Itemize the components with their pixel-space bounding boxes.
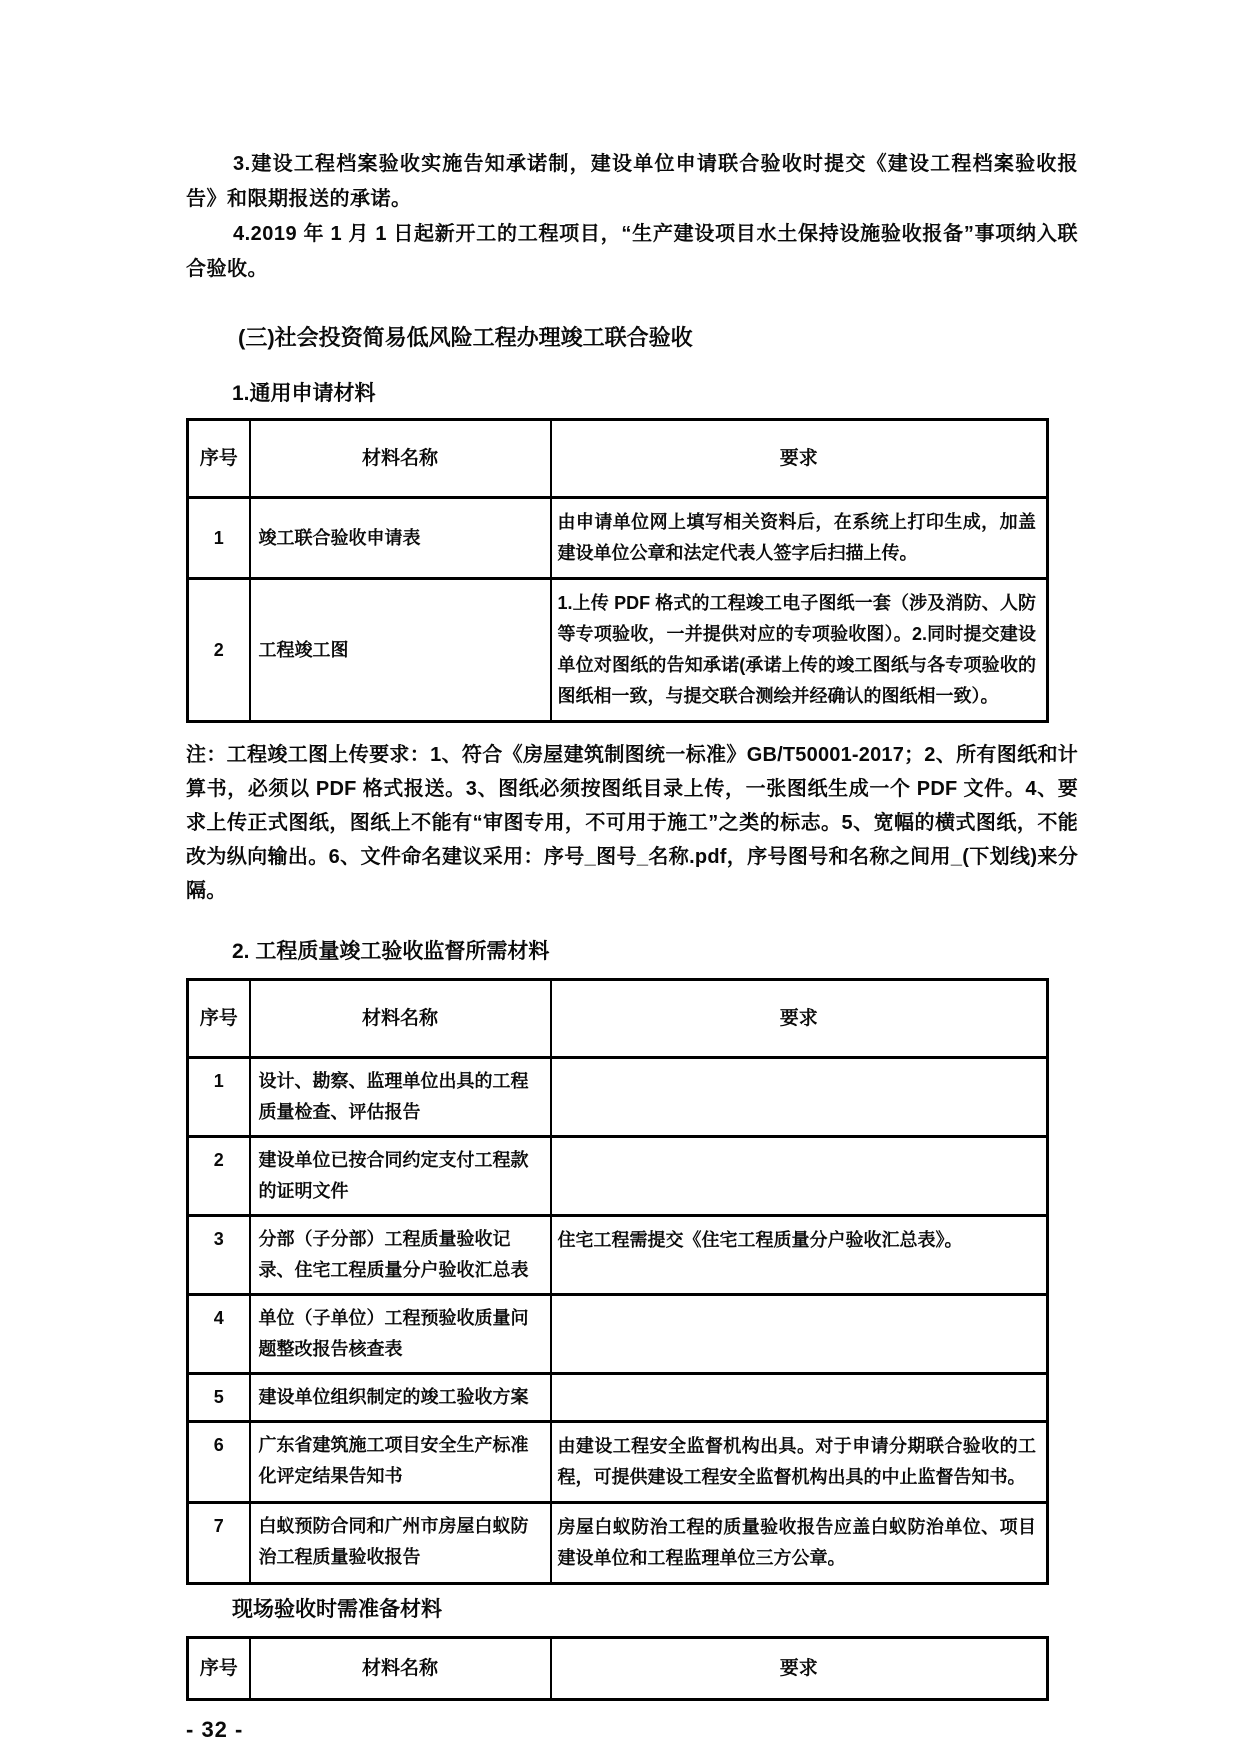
table-row: 2 建设单位已按合同约定支付工程款的证明文件 xyxy=(188,1137,1048,1216)
col-header-no: 序号 xyxy=(188,980,250,1058)
cell-name: 建设单位已按合同约定支付工程款的证明文件 xyxy=(250,1137,551,1216)
col-header-no: 序号 xyxy=(188,420,250,498)
cell-req xyxy=(551,1374,1048,1422)
table-row: 1 竣工联合验收申请表 由申请单位网上填写相关资料后，在系统上打印生成，加盖建设… xyxy=(188,498,1048,579)
cell-name: 分部（子分部）工程质量验收记录、住宅工程质量分户验收汇总表 xyxy=(250,1216,551,1295)
cell-no: 2 xyxy=(188,1137,250,1216)
subsection-title-quality-materials: 2. 工程质量竣工验收监督所需材料 xyxy=(232,937,1240,966)
subsection-title-general-materials: 1.通用申请材料 xyxy=(232,379,1240,408)
cell-name: 竣工联合验收申请表 xyxy=(250,498,551,579)
document-page: 3.建设工程档案验收实施告知承诺制，建设单位申请联合验收时提交《建设工程档案验收… xyxy=(0,0,1240,1754)
cell-no: 1 xyxy=(188,498,250,579)
cell-no: 1 xyxy=(188,1058,250,1137)
section-heading: (三)社会投资简易低风险工程办理竣工联合验收 xyxy=(238,323,1240,353)
col-header-name: 材料名称 xyxy=(250,1638,551,1700)
table-row: 2 工程竣工图 1.上传 PDF 格式的工程竣工电子图纸一套（涉及消防、人防等专… xyxy=(188,579,1048,722)
cell-no: 4 xyxy=(188,1295,250,1374)
cell-name: 设计、勘察、监理单位出具的工程质量检查、评估报告 xyxy=(250,1058,551,1137)
general-materials-table: 序号 材料名称 要求 1 竣工联合验收申请表 由申请单位网上填写相关资料后，在系… xyxy=(186,418,1049,723)
cell-req: 由建设工程安全监督机构出具。对于申请分期联合验收的工程，可提供建设工程安全监督机… xyxy=(551,1422,1048,1503)
cell-req: 由申请单位网上填写相关资料后，在系统上打印生成，加盖建设单位公章和法定代表人签字… xyxy=(551,498,1048,579)
col-header-req: 要求 xyxy=(551,1638,1048,1700)
cell-no: 7 xyxy=(188,1503,250,1584)
cell-name: 工程竣工图 xyxy=(250,579,551,722)
cell-name: 白蚁预防合同和广州市房屋白蚁防治工程质量验收报告 xyxy=(250,1503,551,1584)
cell-req xyxy=(551,1058,1048,1137)
paragraph-4: 4.2019 年 1 月 1 日起新开工的工程项目，“生产建设项目水土保持设施验… xyxy=(186,217,1078,287)
cell-req: 1.上传 PDF 格式的工程竣工电子图纸一套（涉及消防、人防等专项验收，一并提供… xyxy=(551,579,1048,722)
col-header-no: 序号 xyxy=(188,1638,250,1700)
subsection-title-onsite-materials: 现场验收时需准备材料 xyxy=(232,1595,1240,1624)
cell-req xyxy=(551,1295,1048,1374)
cell-no: 3 xyxy=(188,1216,250,1295)
paragraph-3: 3.建设工程档案验收实施告知承诺制，建设单位申请联合验收时提交《建设工程档案验收… xyxy=(186,147,1078,217)
table-row: 1 设计、勘察、监理单位出具的工程质量检查、评估报告 xyxy=(188,1058,1048,1137)
quality-supervision-materials-table: 序号 材料名称 要求 1 设计、勘察、监理单位出具的工程质量检查、评估报告 2 … xyxy=(186,978,1049,1585)
onsite-materials-table: 序号 材料名称 要求 xyxy=(186,1636,1049,1701)
table-row: 5 建设单位组织制定的竣工验收方案 xyxy=(188,1374,1048,1422)
table-row: 3 分部（子分部）工程质量验收记录、住宅工程质量分户验收汇总表 住宅工程需提交《… xyxy=(188,1216,1048,1295)
table-row: 7 白蚁预防合同和广州市房屋白蚁防治工程质量验收报告 房屋白蚁防治工程的质量验收… xyxy=(188,1503,1048,1584)
cell-name: 建设单位组织制定的竣工验收方案 xyxy=(250,1374,551,1422)
table-row: 6 广东省建筑施工项目安全生产标准化评定结果告知书 由建设工程安全监督机构出具。… xyxy=(188,1422,1048,1503)
col-header-req: 要求 xyxy=(551,980,1048,1058)
table-row: 4 单位（子单位）工程预验收质量问题整改报告核查表 xyxy=(188,1295,1048,1374)
col-header-req: 要求 xyxy=(551,420,1048,498)
cell-name: 单位（子单位）工程预验收质量问题整改报告核查表 xyxy=(250,1295,551,1374)
cell-name: 广东省建筑施工项目安全生产标准化评定结果告知书 xyxy=(250,1422,551,1503)
table-header-row: 序号 材料名称 要求 xyxy=(188,980,1048,1058)
table-header-row: 序号 材料名称 要求 xyxy=(188,1638,1048,1700)
cell-no: 6 xyxy=(188,1422,250,1503)
cell-req: 房屋白蚁防治工程的质量验收报告应盖白蚁防治单位、项目建设单位和工程监理单位三方公… xyxy=(551,1503,1048,1584)
table-header-row: 序号 材料名称 要求 xyxy=(188,420,1048,498)
cell-req: 住宅工程需提交《住宅工程质量分户验收汇总表》。 xyxy=(551,1216,1048,1295)
cell-no: 2 xyxy=(188,579,250,722)
cell-req xyxy=(551,1137,1048,1216)
cell-no: 5 xyxy=(188,1374,250,1422)
note-paragraph: 注：工程竣工图上传要求：1、符合《房屋建筑制图统一标准》GB/T50001-20… xyxy=(186,738,1078,908)
col-header-name: 材料名称 xyxy=(250,980,551,1058)
col-header-name: 材料名称 xyxy=(250,420,551,498)
page-number: - 32 - xyxy=(186,1717,1240,1743)
